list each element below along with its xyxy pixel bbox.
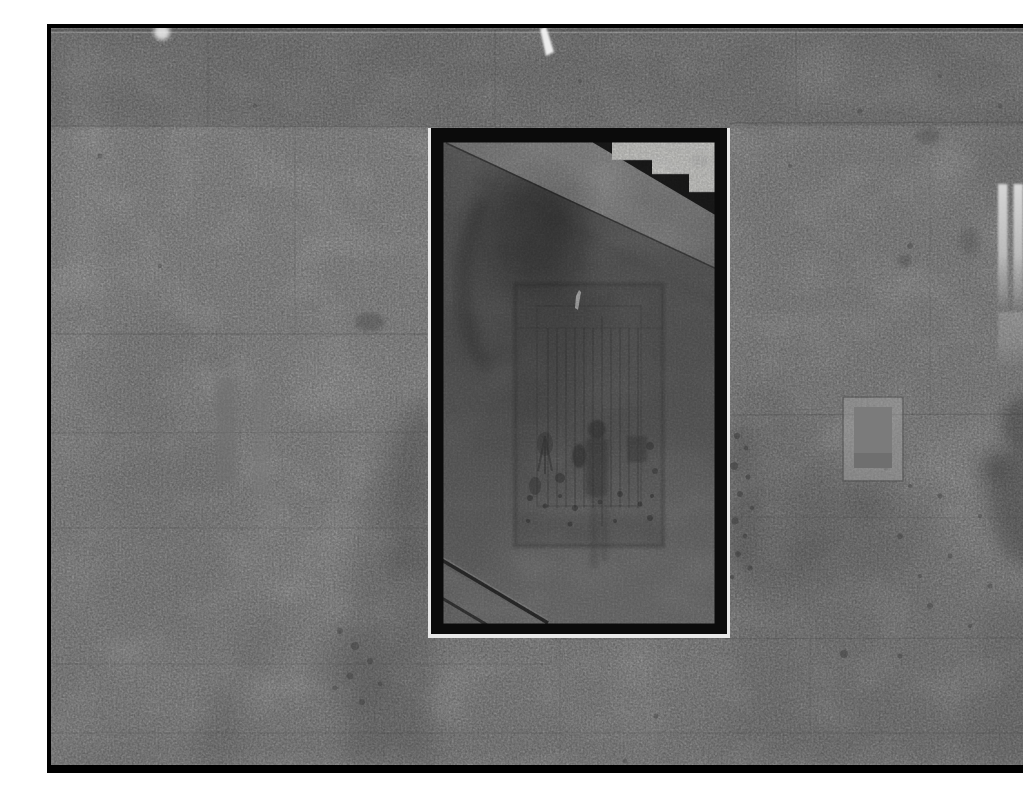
framed-picture-right xyxy=(840,394,906,484)
framed-photograph: Black and white photograph of a pale tra… xyxy=(40,16,1023,784)
picture-image xyxy=(854,407,892,453)
stone-wall xyxy=(51,24,1023,765)
photo-canvas xyxy=(40,16,1023,784)
